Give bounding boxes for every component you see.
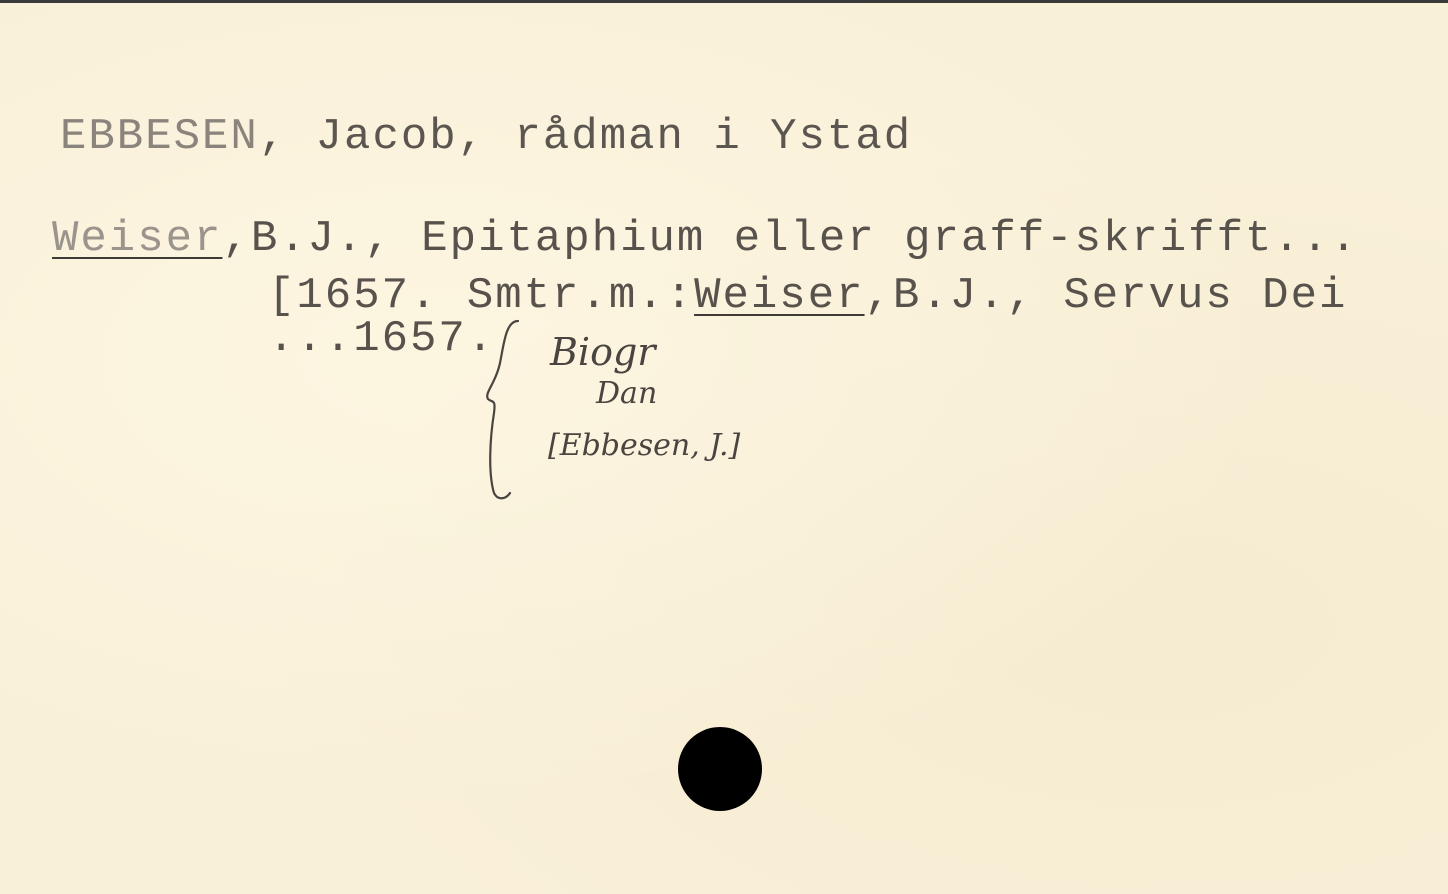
heading-rest: , Jacob, rådman i Ystad (259, 112, 912, 162)
entry-line-1: Weiser,B.J., Epitaphium eller graff-skri… (52, 217, 1359, 261)
svg-text:[Ebbesen, J.]: [Ebbesen, J.] (548, 428, 741, 463)
card-heading: EBBESEN, Jacob, rådman i Ystad (60, 115, 912, 159)
entry-bound-with-title: ,B.J., Servus Dei (865, 271, 1348, 321)
catalog-card: EBBESEN, Jacob, rådman i Ystad Weiser,B.… (0, 0, 1448, 894)
svg-text:Biogr: Biogr (549, 330, 658, 374)
svg-text:Dan: Dan (595, 376, 657, 411)
handwritten-brace-icon: Biogr Dan [Ebbesen, J.] (470, 303, 930, 513)
punch-hole (678, 727, 762, 811)
entry-author: Weiser (52, 214, 222, 264)
entry-title: ,B.J., Epitaphium eller graff-skrifft... (222, 214, 1358, 264)
entry-line-3: ...1657. (268, 317, 495, 361)
heading-surname: EBBESEN (60, 112, 259, 162)
handwritten-note: Biogr Dan [Ebbesen, J.] (470, 303, 930, 513)
entry-continuation: ...1657. (268, 314, 495, 364)
